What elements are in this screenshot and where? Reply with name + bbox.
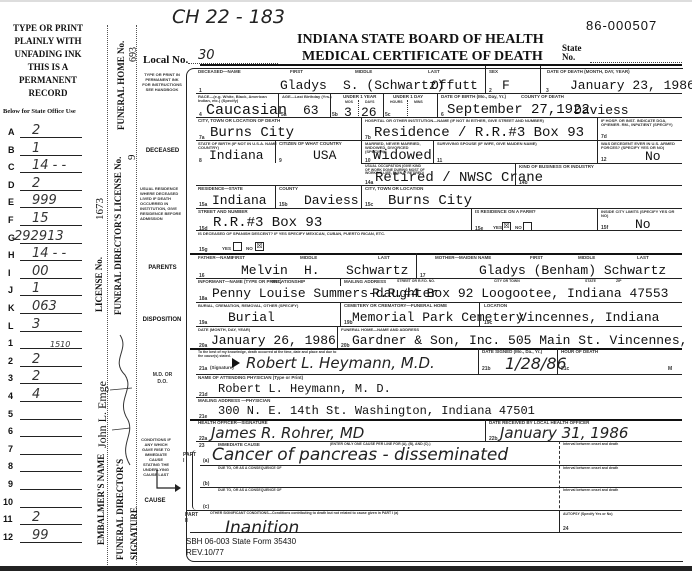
age-value: 63 <box>303 104 319 117</box>
last-label: LAST <box>428 70 440 75</box>
under-1-day-label: UNDER 1 DAY <box>393 95 423 100</box>
field-num: 8 <box>199 158 202 164</box>
divider <box>416 253 417 278</box>
code-key: 11 <box>3 514 13 524</box>
spanish-no-checkbox[interactable]: ☒ <box>255 242 264 251</box>
father-middle: H. <box>304 264 320 277</box>
code-value: 1 <box>32 281 40 296</box>
street-label: STREET OR R.F.D. NO. <box>397 280 435 284</box>
field-num: 21c <box>561 366 569 372</box>
spanish-yes-checkbox[interactable] <box>233 242 242 251</box>
age-label: AGE—Last Birthday (Yrs.) <box>282 95 332 99</box>
interval-label: Interval between onset and death <box>563 489 618 493</box>
funeral-home: Gardner & Son, Inc. 505 Main St. Vincenn… <box>352 334 692 347</box>
code-key: 10 <box>3 497 13 507</box>
code-key: 1 <box>8 338 13 348</box>
city-of-death: Burns City <box>210 126 294 140</box>
name-label: DECEASED—NAME <box>198 70 241 75</box>
date-of-death: January 23, 1986 <box>570 79 692 92</box>
code-key: F <box>8 215 14 225</box>
code-key: J <box>8 285 13 295</box>
code-line <box>20 471 82 472</box>
divider <box>597 140 598 163</box>
code-line <box>20 137 82 138</box>
last-label: LAST <box>378 256 390 261</box>
spouse-label: SURVIVING SPOUSE (If wife, give maiden n… <box>437 142 537 146</box>
instruction-line: PERMANENT <box>4 74 92 87</box>
license-no: 1673 <box>94 198 106 220</box>
part-1-brace <box>192 450 197 510</box>
code-value: 14 - - <box>32 246 66 261</box>
code-value: 4 <box>32 387 40 402</box>
interval-label: Interval between onset and death <box>563 467 618 471</box>
spanish-no-label: NO <box>246 247 253 252</box>
row-rule <box>196 326 682 327</box>
row-rule <box>190 532 682 533</box>
section-parents: PARENTS <box>140 265 185 271</box>
armed-forces-label: WAS DECEDENT EVER IN U.S. ARMED FORCES? … <box>601 142 681 150</box>
state-form-number: State Form 35430 <box>232 537 296 546</box>
divider <box>485 419 486 441</box>
fd-signature-scrawl <box>100 330 140 480</box>
date-of-death-label: DATE OF DEATH (Month, Day, Year) <box>547 70 630 75</box>
code-line <box>20 190 82 191</box>
autopsy-label: AUTOPSY (Specify Yes or No) <box>563 513 613 517</box>
divider <box>275 140 276 163</box>
first-label: FIRST <box>232 256 245 261</box>
citizenship: USA <box>313 149 336 162</box>
date-of-birth: September 27,1922 <box>447 103 590 117</box>
field-num: 23 <box>199 443 205 449</box>
divider <box>540 66 541 93</box>
dob-label: DATE OF BIRTH (Mo., Day, Yr.) <box>441 95 506 100</box>
race-value: Caucasian <box>206 103 287 118</box>
residence-city-label: CITY, TOWN OR LOCATION <box>365 187 423 192</box>
physician-name: Robert L. Heymann, M. D. <box>218 383 391 395</box>
code-line <box>20 454 82 455</box>
code-key: 8 <box>8 461 13 471</box>
farm-label: IS RESIDENCE ON A FARM? <box>475 210 536 215</box>
state-no-line <box>590 62 682 63</box>
sex-label: SEX <box>489 70 498 75</box>
scan-edge-top <box>0 0 692 2</box>
physician-name-label: NAME OF ATTENDING PHYSICIAN (Type or Pri… <box>198 376 303 381</box>
physician-address-label: MAILING ADDRESS —PHYSICIAN <box>198 399 270 404</box>
divider <box>559 510 560 532</box>
date-received: January 31, 1986 <box>500 424 628 442</box>
funeral-home-no-label: FUNERAL HOME No. <box>116 41 126 130</box>
cemetery: Memorial Park Cemetery <box>352 311 524 324</box>
mother-label: MOTHER—MAIDEN NAME <box>435 256 491 261</box>
instruction-line: THIS IS A <box>4 61 92 74</box>
form-title-line2: MEDICAL CERTIFICATE OF DEATH <box>302 49 543 65</box>
divider <box>358 100 359 116</box>
last-label: LAST <box>637 256 649 261</box>
divider <box>340 302 341 326</box>
mother-maiden-name: Gladys (Benham) Schwartz <box>479 264 666 277</box>
section-deceased: DECEASED <box>140 148 185 154</box>
code-line <box>20 278 82 279</box>
code-key: 3 <box>8 373 13 383</box>
zip-label: ZIP <box>616 280 621 284</box>
divider <box>275 185 276 208</box>
section-md-do: M.D. OR D.O. <box>150 372 175 386</box>
code-line <box>20 383 82 384</box>
code-line <box>20 331 82 332</box>
code-key: 5 <box>8 409 13 419</box>
code-line <box>20 155 82 156</box>
residence-county-label: COUNTY <box>279 187 298 192</box>
disposition-method-label: BURIAL, CREMATION, REMOVAL, OTHER (Speci… <box>198 304 298 308</box>
form-title-line1: INDIANA STATE BOARD OF HEALTH <box>297 32 544 48</box>
father-first: Melvin <box>241 264 288 277</box>
fd-license-label: FUNERAL DIRECTOR'S LICENSE No. <box>113 157 123 315</box>
signature-label: (Signature) <box>210 366 234 371</box>
local-no-label: Local No. <box>143 54 188 66</box>
scan-edge <box>0 566 692 571</box>
disposition-method: Burial <box>228 311 275 324</box>
fd-license-no: 9 <box>126 155 138 161</box>
divider <box>330 93 331 117</box>
deceased-last-name: Offutt <box>431 79 478 92</box>
code-value: 14 - - <box>32 158 66 173</box>
hospital-label: HOSPITAL OR OTHER INSTITUTION—Name (If n… <box>365 119 544 123</box>
middle-label: MIDDLE <box>355 70 372 75</box>
divider <box>361 140 362 163</box>
disposition-date-label: DATE (Month, Day, Year) <box>198 328 250 332</box>
residence-street: R.R.#3 Box 93 <box>213 216 322 230</box>
state-office-label: Below for State Office Use <box>3 108 76 115</box>
middle-label: MIDDLE <box>578 256 595 261</box>
instruction-line: UNFADING INK <box>4 48 92 61</box>
part-2-label: PART II <box>185 512 195 524</box>
code-line <box>20 542 82 543</box>
code-line <box>20 524 82 525</box>
signature-arrow-icon <box>232 358 240 368</box>
divider <box>557 348 558 374</box>
father-label: FATHER—NAME <box>198 256 233 261</box>
county-of-death-label: COUNTY OF DEATH <box>521 95 564 100</box>
months-label: MOS <box>345 101 353 105</box>
code-key: 12 <box>3 532 13 542</box>
license-no-label: LICENSE No. <box>94 257 104 312</box>
local-no-value: 30 <box>198 48 215 63</box>
deceased-first-name: Gladys <box>280 79 327 92</box>
county-of-death: Daviess <box>574 104 629 117</box>
birth-state: Indiana <box>209 149 264 162</box>
divider <box>437 93 438 117</box>
mailing-address-label: MAILING ADDRESS <box>344 280 386 285</box>
hours-label: HOURS <box>390 101 403 105</box>
physician-signature: Robert L. Heymann, M.D. <box>246 354 435 372</box>
city-of-death-label: CITY, TOWN OR LOCATION OF DEATH <box>198 119 280 124</box>
row-rule <box>196 185 682 186</box>
code-key: 4 <box>8 391 13 401</box>
residence-county: Daviess <box>304 194 359 207</box>
code-value: 1 <box>32 141 40 156</box>
code-value: 00 <box>32 264 49 279</box>
hour-of-death-label: HOUR OF DEATH <box>561 350 598 355</box>
state-label: STATE <box>585 280 596 284</box>
code-key: 9 <box>8 479 13 489</box>
code-value: 2 <box>32 176 40 191</box>
code-value: 2 <box>32 369 40 384</box>
code-value: 063 <box>32 299 57 314</box>
form-revision: REV.10/77 <box>186 548 224 557</box>
spanish-yes-label: YES <box>222 247 231 252</box>
code-value: 15 <box>32 211 49 226</box>
code-line <box>20 489 82 490</box>
place-of-death: Residence / R.R.#3 Box 93 <box>374 126 584 140</box>
disposition-date: January 26, 1986 <box>211 334 336 347</box>
instruction-line: RECORD <box>4 87 92 100</box>
city-label: CITY OR TOWN <box>494 280 520 284</box>
armed-forces: No <box>645 150 661 163</box>
divider <box>433 140 434 163</box>
relationship-label: RELATIONSHIP <box>272 280 305 285</box>
divider <box>383 93 384 117</box>
handwritten-reference: CH 22 - 183 <box>172 6 285 28</box>
informant-address: R.R.#4 Box 92 Loogootee, Indiana 47553 <box>372 287 668 300</box>
field-num: 21a <box>199 366 207 372</box>
code-value: 3 <box>32 317 40 332</box>
field-num: 9 <box>279 158 282 164</box>
divider <box>515 163 516 185</box>
middle-label: MIDDLE <box>300 256 317 261</box>
deceased-middle-name: S. (Schwartz) <box>343 79 444 92</box>
other-conditions-label: OTHER SIGNIFICANT CONDITIONS—Conditions … <box>210 512 398 516</box>
code-value: 292913 <box>14 229 64 244</box>
certificate-number: 86-000507 <box>586 18 657 33</box>
margin-divider <box>107 25 108 565</box>
code-key: 2 <box>8 356 13 366</box>
physician-address: 300 N. E. 14th St. Washington, Indiana 4… <box>218 405 535 417</box>
interval-label: Interval between onset and death <box>563 443 618 447</box>
code-value: 2 <box>32 510 40 525</box>
code-key: C <box>8 162 15 172</box>
code-key: K <box>8 303 15 313</box>
divider <box>361 185 362 208</box>
residence-state: Indiana <box>212 194 267 207</box>
cause-a-marker: (a) <box>203 458 209 464</box>
code-key: B <box>8 145 15 155</box>
field-num: 15e <box>475 226 483 232</box>
code-key: H <box>8 250 15 260</box>
location-label: LOCATION <box>484 304 507 309</box>
father-last: Schwartz <box>346 264 408 277</box>
first-label: FIRST <box>290 70 303 75</box>
divider <box>485 66 486 93</box>
code-line <box>20 295 82 296</box>
divider <box>337 326 338 348</box>
business-label: KIND OF BUSINESS OR INDUSTRY <box>519 165 594 170</box>
cause-a: Cancer of pancreas - disseminated <box>212 445 508 465</box>
code-line <box>20 401 82 402</box>
under-1-year-label: UNDER 1 YEAR <box>343 95 376 100</box>
state-no-label: State No. <box>562 44 590 62</box>
form-code: SBH 06-003 <box>186 537 230 546</box>
code-value: 2 <box>32 123 40 138</box>
citizen-label: CITIZEN OF WHAT COUNTRY <box>279 142 342 147</box>
code-line <box>20 436 82 437</box>
code-key: L <box>8 321 14 331</box>
occupation: Retired / NWSC Crane <box>375 171 543 185</box>
divider <box>478 348 479 374</box>
divider <box>471 208 472 230</box>
header-rule <box>200 64 682 66</box>
code-value: 2 <box>32 352 40 367</box>
divider <box>361 117 362 140</box>
row-rule <box>196 93 682 94</box>
divider <box>407 100 408 116</box>
code-line <box>20 419 82 420</box>
health-officer-signature: James R. Rohrer, MD <box>211 424 364 442</box>
code-key: 7 <box>8 444 13 454</box>
first-label: FIRST <box>530 256 543 261</box>
mins-label: MINS <box>414 101 423 105</box>
code-key: A <box>8 127 15 137</box>
other-conditions: Inanition <box>225 518 299 538</box>
consequence-label: DUE TO, OR AS A CONSEQUENCE OF <box>218 489 282 493</box>
section-usual-residence: USUAL RESIDENCE WHERE DECEASED LIVED IF … <box>140 186 184 221</box>
code-key: D <box>8 180 15 190</box>
marital-status: Widowed <box>373 149 432 163</box>
divider <box>340 278 341 286</box>
code-value: 1510 <box>50 340 70 349</box>
days-label: DAYS <box>365 101 374 105</box>
consequence-label: DUE TO, OR AS A CONSEQUENCE OF <box>218 467 282 471</box>
code-key: E <box>8 197 14 207</box>
funeral-home-no: 693 <box>128 47 139 62</box>
residence-city: Burns City <box>388 194 472 208</box>
funeral-home-label: FUNERAL HOME—NAME AND ADDRESS <box>341 328 419 332</box>
spanish-descent-label: IS DECEASED OF SPANISH DESCENT? IF YES S… <box>198 232 385 236</box>
code-line <box>20 225 82 226</box>
code-line <box>20 507 82 508</box>
code-value: 999 <box>32 193 57 208</box>
code-line <box>20 366 82 367</box>
section-disposition: DISPOSITION <box>137 317 187 323</box>
divider <box>479 302 480 326</box>
hosp-status-label: IF HOSP. OR INST. Indicate DOA, OP/Emer.… <box>601 119 681 127</box>
code-value: 99 <box>32 528 49 543</box>
instruction-line: PLAINLY WITH <box>4 35 92 48</box>
divider <box>597 208 598 230</box>
residence-state-label: RESIDENCE—STATE <box>198 187 243 192</box>
code-key: 6 <box>8 426 13 436</box>
divider <box>597 117 598 140</box>
instructions-box: TYPE OR PRINT PLAINLY WITH UNFADING INK … <box>4 22 92 100</box>
instruction-line: TYPE OR PRINT <box>4 22 92 35</box>
code-key: I <box>8 268 11 278</box>
cemetery-label: CEMETERY OR CREMATORY—FUNERAL HOME <box>344 304 447 309</box>
meridiem-label: M <box>668 366 672 372</box>
divider <box>278 93 279 117</box>
street-label: STREET AND NUMBER <box>198 210 248 215</box>
disposition-location: Vincennes, Indiana <box>519 311 659 324</box>
arrow-icon <box>155 470 185 500</box>
informant-label: INFORMANT—NAME (Type or print) <box>198 280 282 285</box>
sex-value: F <box>502 79 510 92</box>
field-num: 21b <box>482 366 491 372</box>
section-instructions: TYPE OR PRINT IN PERMANENT INK FOR INSTR… <box>142 72 182 92</box>
